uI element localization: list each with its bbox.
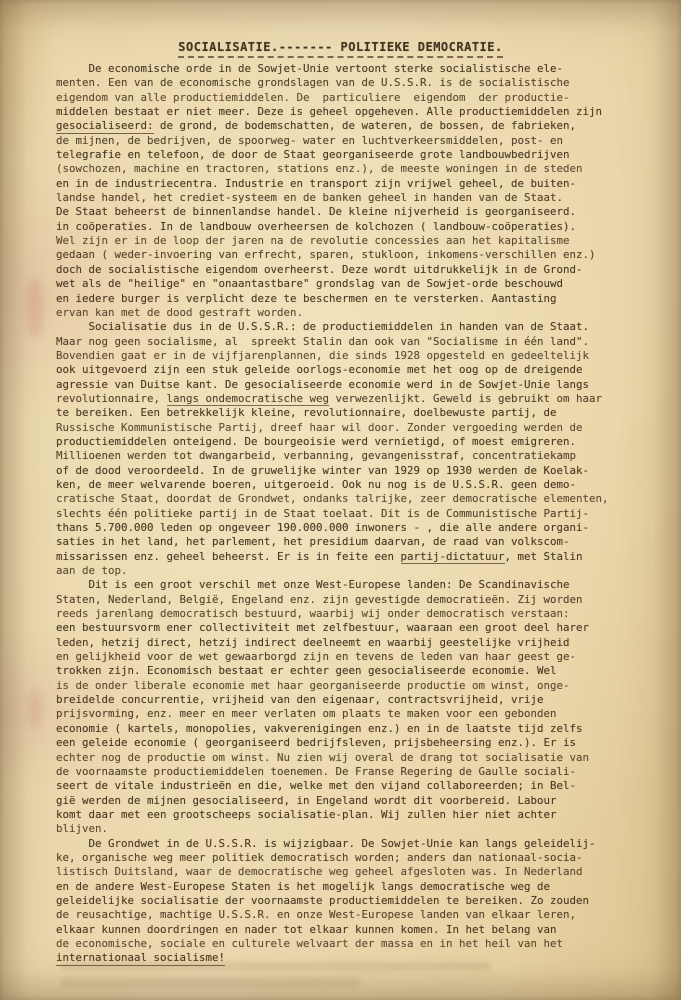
text-line: doch de socialistische eigendom overheer… (56, 263, 641, 277)
text-line: en gelijkheid voor de wet gewaarborgd zi… (56, 650, 641, 664)
text-line: leden, hetzij direct, hetzij indirect de… (56, 636, 641, 650)
text-line: gesocialiseerd: de grond, de bodemschatt… (56, 119, 641, 133)
bleed-through-ghost-line (60, 978, 360, 987)
text-line: ken, de meer welvarende boeren, uitgeroe… (56, 478, 641, 492)
text-line: en in de industriecentra. Industrie en t… (56, 177, 641, 191)
text-line: ervan kan met de dood gestraft worden. (56, 306, 641, 320)
text-line: de mijnen, de bedrijven, de spoorweg- wa… (56, 134, 641, 148)
text-line: Bovendien gaat er in de vijfjarenplannen… (56, 349, 641, 363)
text-line: missarissen enz. geheel beheerst. Er is … (56, 550, 641, 564)
text-line: in coöperaties. In de landbouw overheers… (56, 220, 641, 234)
text-line: de economische, sociale en culturele wel… (56, 937, 641, 951)
text-line: de reusachtige, machtige U.S.S.R. en onz… (56, 908, 641, 922)
text-line: Dit is een groot verschil met onze West-… (56, 578, 641, 592)
document-body: De economische orde in de Sowjet-Unie ve… (56, 62, 641, 966)
text-line: cratische Staat, doordat de Grondwet, on… (56, 492, 641, 506)
text-line: productiemiddelen onteigend. De bourgeoi… (56, 435, 641, 449)
text-line: Russische Kommunistische Partij, dreef h… (56, 421, 641, 435)
text-line: elkaar kunnen doordringen en nader tot e… (56, 923, 641, 937)
text-line: aan de top. (56, 564, 641, 578)
text-line: ke, organische weg meer politiek democra… (56, 851, 641, 865)
text-line: Socialisatie dus in de U.S.S.R.: de prod… (56, 320, 641, 334)
paragraph: De Grondwet in de U.S.S.R. is wijzigbaar… (56, 837, 641, 966)
text-line: breidelde concurrentie, vrijheid van den… (56, 693, 641, 707)
text-line: wet als de "heilige" en "onaantastbare" … (56, 277, 641, 291)
text-line: is de onder liberale economie met haar g… (56, 679, 641, 693)
text-line: De Staat beheerst de binnenlandse handel… (56, 205, 641, 219)
document-title-text: SOCIALISATIE.------- POLITIEKE DEMOCRATI… (178, 40, 502, 58)
text-line: middelen bestaat er niet meer. Deze is g… (56, 105, 641, 119)
text-line: seert de vitale industrieën en die, welk… (56, 779, 641, 793)
text-line: telegrafie en telefoon, de door de Staat… (56, 148, 641, 162)
text-line: gedaan ( weder-invoering van erfrecht, s… (56, 248, 641, 262)
text-line: agressie van Duitse kant. De gesocialise… (56, 378, 641, 392)
text-line: eigendom van alle productiemiddelen. De … (56, 91, 641, 105)
paragraph: De economische orde in de Sowjet-Unie ve… (56, 62, 641, 320)
text-line: komt daar met een grootscheeps socialisa… (56, 808, 641, 822)
scanned-typewritten-page: SOCIALISATIE.------- POLITIEKE DEMOCRATI… (0, 0, 681, 1000)
text-line: (sowchozen, machine en tractoren, statio… (56, 162, 641, 176)
text-line: een bestuursvorm ener collectiviteit met… (56, 621, 641, 635)
text-line: revolutionnaire, langs ondemocratische w… (56, 392, 641, 406)
text-line: de voornaamste productiemiddelen toeneme… (56, 765, 641, 779)
text-line: Staten, Nederland, België, Engeland enz.… (56, 593, 641, 607)
paragraph: Dit is een groot verschil met onze West-… (56, 578, 641, 836)
text-line: en de andere West-Europese Staten is het… (56, 880, 641, 894)
text-line: thans 5.700.000 leden op ongeveer 190.00… (56, 521, 641, 535)
text-line: saties in het land, het parlement, het p… (56, 535, 641, 549)
text-line: ook uitgevoerd zijn een stuk geleide oor… (56, 363, 641, 377)
text-line: economie ( kartels, monopolies, vakveren… (56, 722, 641, 736)
text-line: prijsvorming, enz. meer en meer verlaten… (56, 707, 641, 721)
text-line: te bereiken. Een betrekkelijk kleine, re… (56, 406, 641, 420)
text-line: slechts één politieke partij in de Staat… (56, 507, 641, 521)
text-line: Maar nog geen socialisme, al spreekt Sta… (56, 335, 641, 349)
ink-smudge (26, 278, 44, 338)
text-line: De Grondwet in de U.S.S.R. is wijzigbaar… (56, 837, 641, 851)
text-line: echter nog de productie om winst. Nu zie… (56, 751, 641, 765)
text-line: trokken zijn. Economisch bestaat er echt… (56, 664, 641, 678)
text-line: Wel zijn er in de loop der jaren na de r… (56, 234, 641, 248)
text-line: landse handel, het crediet-systeem en de… (56, 191, 641, 205)
text-line: reeds jarenlang democratisch bestuurd, w… (56, 607, 641, 621)
text-line: listisch Duitsland, waar de democratisch… (56, 865, 641, 879)
ink-smudge (28, 690, 42, 730)
text-line: een geleide economie ( georganiseerd bed… (56, 736, 641, 750)
text-line: menten. Een van de economische grondslag… (56, 76, 641, 90)
bleed-through-ghost-line (60, 962, 490, 971)
text-line: Millioenen werden tot dwangarbeid, verba… (56, 449, 641, 463)
text-line: De economische orde in de Sowjet-Unie ve… (56, 62, 641, 76)
text-line: geleidelijke socialisatie der voornaamst… (56, 894, 641, 908)
text-line: en iedere burger is verplicht deze te be… (56, 292, 641, 306)
document-title: SOCIALISATIE.------- POLITIEKE DEMOCRATI… (0, 40, 681, 54)
paragraph: Socialisatie dus in de U.S.S.R.: de prod… (56, 320, 641, 578)
text-line: of de dood veroordeeld. In de gruwelijke… (56, 464, 641, 478)
text-line: blijven. (56, 822, 641, 836)
text-line: gië werden de mijnen gesocialiseerd, in … (56, 794, 641, 808)
